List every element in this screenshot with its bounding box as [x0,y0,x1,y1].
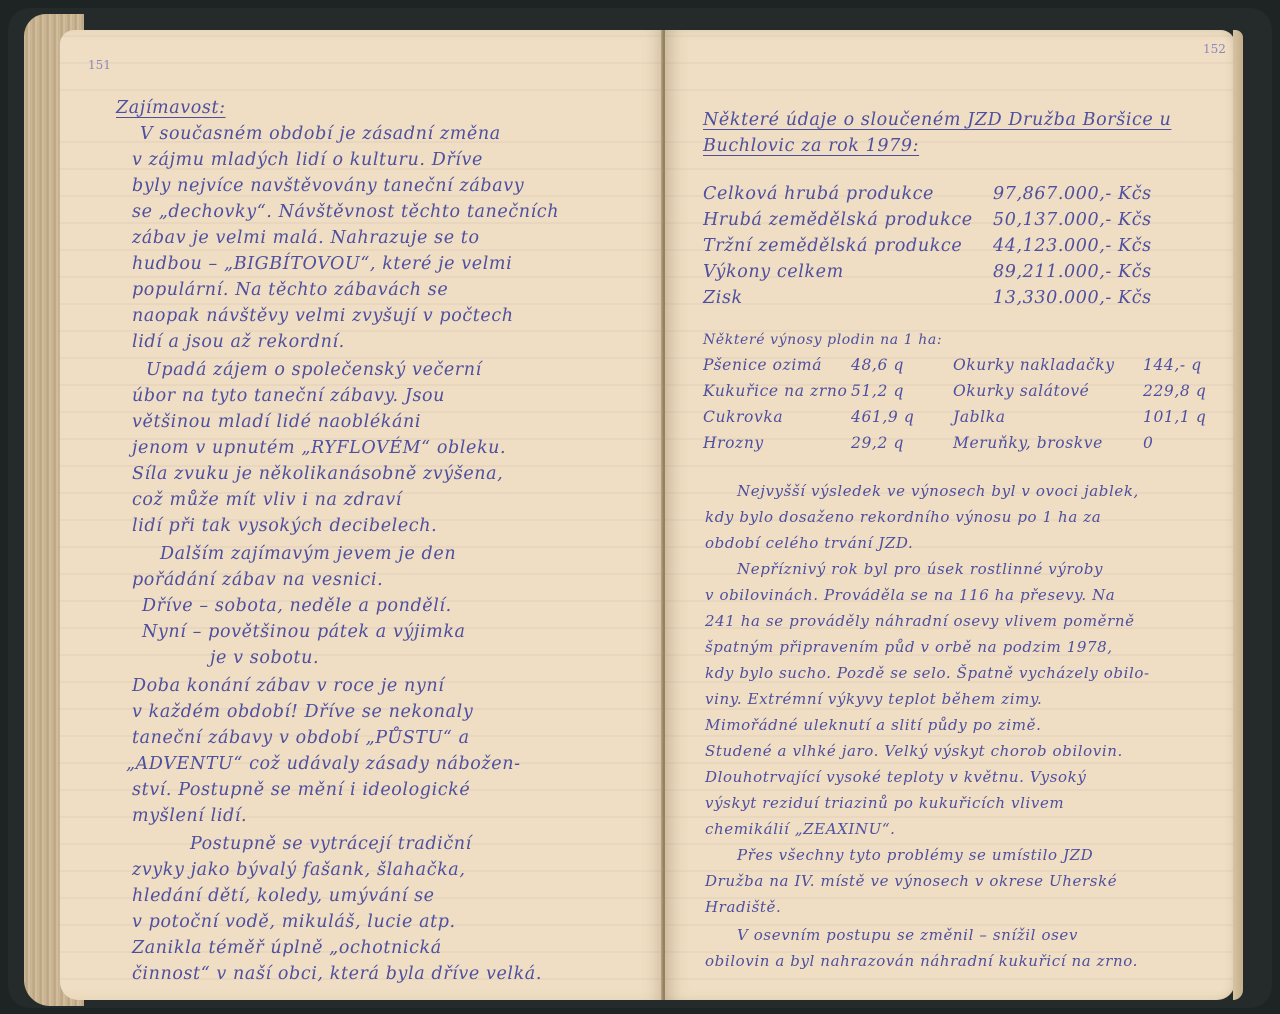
row-label: Celková hrubá produkce [703,184,934,204]
row-label: Tržní zemědělská produkce [703,236,962,256]
text-line: kdy bylo sucho. Pozdě se selo. Špatně vy… [705,664,1150,682]
page-number: 151 [88,58,111,72]
text-line: Postupně se vytrácejí tradiční [190,834,472,854]
text-line: byly nejvíce navštěvovány taneční zábavy [132,176,524,196]
text-line: výskyt reziduí triazinů po kukuřicích vl… [705,794,1064,812]
text-line: Dalším zajímavým jevem je den [160,544,456,564]
right-page: 152 Některé údaje o sloučeném JZD Družba… [665,30,1235,1000]
section-heading-cont: Buchlovic za rok 1979: [703,136,919,156]
text-line: hudbou – „BIGBÍTOVOU“, které je velmi [132,254,512,274]
text-line: lidí a jsou až rekordní. [132,332,345,352]
text-line: Zanikla téměř úplně „ochotnická [132,938,442,958]
text-line: Hradiště. [705,898,781,916]
text-line: naopak návštěvy velmi zvyšují v počtech [132,306,514,326]
text-line: v každém období! Dříve se nekonaly [132,702,473,722]
text-line: Studené a vlhké jaro. Velký výskyt choro… [705,742,1123,760]
yields-title: Některé výnosy plodin na 1 ha: [703,332,942,348]
text-line: je v sobotu. [210,648,319,668]
crop-yield: 48,6 q [851,356,904,374]
text-line: Družba na IV. místě ve výnosech v okrese… [705,872,1117,890]
crop-name: Kukuřice na zrno [703,382,847,400]
text-line: v zájmu mladých lidí o kulturu. Dříve [132,150,483,170]
left-page: 151 Zajímavost: V současném období je zá… [60,30,665,1000]
text-line: Přes všechny tyto problémy se umístilo J… [737,846,1093,864]
text-line: hledání dětí, koledy, umývání se [132,886,435,906]
text-line: kdy bylo dosaženo rekordního výnosu po 1… [705,508,1101,526]
crop-yield: 144,- q [1143,356,1202,374]
crop-name: Okurky nakladačky [953,356,1115,374]
text-line: lidí při tak vysokých decibelech. [132,516,437,536]
crop-yield: 29,2 q [851,434,904,452]
text-line: Síla zvuku je několikanásobně zvýšena, [132,464,503,484]
page-number: 152 [1203,42,1226,56]
row-label: Výkony celkem [703,262,844,282]
text-line: populární. Na těchto zábavách se [132,280,448,300]
text-line: 241 ha se prováděly náhradní osevy vlive… [705,612,1135,630]
text-line: chemikálií „ZEAXINU“. [705,820,896,838]
text-line: úbor na tyto taneční zábavy. Jsou [132,386,445,406]
section-heading: Zajímavost: [116,98,226,118]
crop-name: Hrozny [703,434,764,452]
text-line: Upadá zájem o společenský večerní [146,360,482,380]
crop-yield: 51,2 q [851,382,904,400]
text-line: Nyní – povětšinou pátek a výjimka [142,622,466,642]
crop-yield: 229,8 q [1143,382,1206,400]
text-line: Doba konání zábav v roce je nyní [132,676,444,696]
row-label: Zisk [703,288,743,308]
crop-yield: 461,9 q [851,408,914,426]
crop-name: Okurky salátové [953,382,1089,400]
section-heading: Některé údaje o sloučeném JZD Družba Bor… [703,110,1171,130]
text-line: pořádání zábav na vesnici. [132,570,383,590]
text-line: Dlouhotrvající vysoké teploty v květnu. … [705,768,1086,786]
text-line: jenom v upnutém „RYFLOVÉM“ obleku. [132,438,506,458]
row-value: 13,330.000,- Kčs [993,288,1152,308]
text-line: v potoční vodě, mikuláš, lucie atp. [132,912,456,932]
text-line: Nejvyšší výsledek ve výnosech byl v ovoc… [737,482,1139,500]
text-line: se „dechovky“. Návštěvnost těchto tanečn… [132,202,559,222]
crop-yield: 0 [1143,434,1153,452]
text-line: „ADVENTU“ což udávaly zásady nábožen- [126,754,521,774]
text-line: Dříve – sobota, neděle a pondělí. [142,596,452,616]
row-value: 89,211.000,- Kčs [993,262,1152,282]
text-line: Nepříznivý rok byl pro úsek rostlinné vý… [737,560,1103,578]
crop-name: Pšenice ozimá [703,356,822,374]
text-line: V současném období je zásadní změna [140,124,501,144]
text-line: obilovin a byl nahrazován náhradní kukuř… [705,952,1138,970]
text-line: ství. Postupně se mění i ideologické [132,780,470,800]
text-line: taneční zábavy v období „PŮSTU“ a [132,728,470,748]
crop-name: Jablka [953,408,1006,426]
text-line: zábav je velmi malá. Nahrazuje se to [132,228,480,248]
text-line: což může mít vliv i na zdraví [132,490,402,510]
text-line: většinou mladí lidé naoblékáni [132,412,421,432]
row-value: 97,867.000,- Kčs [993,184,1152,204]
text-line: viny. Extrémní výkyvy teplot během zimy. [705,690,1042,708]
text-line: v obilovinách. Prováděla se na 116 ha př… [705,586,1115,604]
crop-name: Cukrovka [703,408,783,426]
text-line: myšlení lidí. [132,806,247,826]
text-line: Mimořádné uleknutí a slití půdy po zimě. [705,716,1041,734]
text-line: špatným připravením půd v orbě na podzim… [705,638,1113,656]
row-value: 50,137.000,- Kčs [993,210,1152,230]
crop-yield: 101,1 q [1143,408,1206,426]
text-line: období celého trvání JZD. [705,534,913,552]
page-edges-right [1233,30,1243,1000]
text-line: V osevním postupu se změnil – snížil ose… [737,926,1078,944]
text-line: činnost“ v naší obci, která byla dříve v… [132,964,542,984]
row-value: 44,123.000,- Kčs [993,236,1152,256]
row-label: Hrubá zemědělská produkce [703,210,973,230]
text-line: zvyky jako bývalý fašank, šlahačka, [132,860,466,880]
crop-name: Meruňky, broskve [953,434,1103,452]
